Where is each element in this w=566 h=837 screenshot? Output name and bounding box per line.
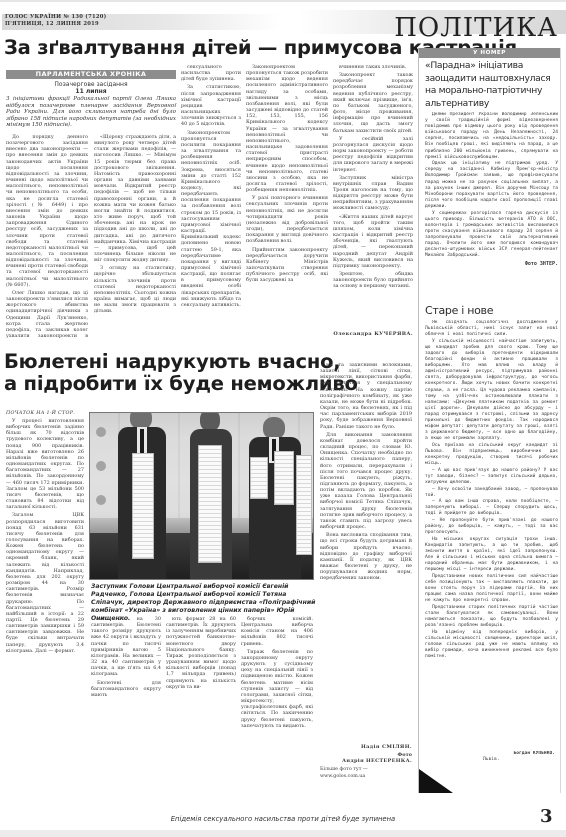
article1-byline-wrap: Олександра КУЧЕРЯВА. [333,327,413,337]
article1-column-1: До порядку денного позачергового засідан… [6,134,88,339]
paragraph: Тираж бюлетенів по закордонному округу д… [241,649,313,729]
continued-from-label: ПОЧАТОК НА 1-Й СТОР. [6,411,75,416]
paragraph: Вона висловила сподівання тим, що всі ст… [320,532,412,581]
paragraph: Бюлетені для багатомандатного округу маю… [91,680,161,698]
issue-date: П'ЯТНИЦЯ, 12 ЛИПНЯ 2019 [2,21,280,28]
paragraph: Заступник міністра внутрішніх справ Вади… [333,175,413,212]
paragraph: Олег Ляшко нагадав, що ці законопроекти … [6,290,88,339]
paragraph: сексуального насильства проти дітей буде… [181,64,241,82]
issue-number: ГОЛОС УКРАЇНИ № 130 (7120) [2,14,280,21]
paragraph: — А що вас прив'язує до нашого району? У… [425,468,558,486]
sidebar-city: Львів. [479,757,555,763]
article2-headline-line2: а підробити їх буде неможливо [4,373,358,395]
article1-column-4: Законопроектом пропонується також розроб… [246,64,328,339]
paragraph: Днями Президент України Володимир Зеленс… [425,112,558,161]
paragraph: У разі повторного вчинення сексуальних з… [246,195,328,244]
press-photo-ballots [89,412,314,580]
ballot-sheet [250,457,268,499]
rubric-parliament-chronicle: ПАРЛАМЕНТСЬКА ХРОНІКА [6,70,176,79]
paragraph: — Хочу освоїти занедбаний завод, — пропо… [425,487,558,499]
more-photos-link[interactable]: Більше фото тут — www.golos.com.ua [320,767,380,779]
paragraph: На відміну від попередніх виборів, у сіл… [425,630,558,660]
paragraph: У соцмережах розгорілася гаряча дискусія… [425,211,558,260]
article2-column-b2: ють формат 28 на 60 сантиметрів. Їх друк… [166,616,236,793]
article2-column-right: ми та захисними волокнами, захисні лінії… [320,362,412,742]
article1-lead: З ініціативи фракції Радикальної партії … [6,96,176,129]
ballot-sheet [274,451,294,505]
paragraph: Представники нових політичних сил найчас… [425,574,558,604]
article2-headline-line1: Бюлетені надрукують вчасно, [4,351,358,373]
paragraph: До порядку денного позачергового засідан… [6,134,88,288]
bottom-rule [0,830,566,837]
paragraph: мат 20 на 30 сантиметрів. Бюлетені таког… [91,616,161,678]
ballot-sheet [132,453,154,559]
masthead: ГОЛОС УКРАЇНИ № 130 (7120) П'ЯТНИЦЯ, 12 … [2,14,280,30]
paragraph: Прийняттям законопроекту передбачається … [246,247,328,284]
paragraph: У процесі виготовлення виборчих бюлетені… [6,418,84,510]
paragraph: Загалом ЦВК розпорядилася виготовити пон… [6,512,84,654]
sidebar-label: У НОМЕР [419,48,560,58]
article1-column-2: «Щороку страждають діти, а минулого року… [94,134,176,339]
paragraph: Для виконання замовлення комбінат довело… [320,432,412,531]
sidebar-photo-credit: Фото ЗНТЕР. [425,261,558,267]
paragraph: борчих комісій. Центральна виборча коміс… [241,616,313,647]
newspaper-page: ГОЛОС УКРАЇНИ № 130 (7120) П'ЯТНИЦЯ, 12 … [0,0,566,837]
paragraph: У сільській місцевості найчастіше запиту… [425,339,558,443]
article2-column-b1: мат 20 на 30 сантиметрів. Бюлетені таког… [91,616,161,793]
sidebar-byline: Богдан КУПЕНКО. Львів. [479,751,555,771]
top-rule [0,0,566,2]
sidebar-headline: «Парадна» ініціатива заощадити наштовхну… [425,60,559,110]
page-number: 3 [540,806,553,827]
article2-headline: Бюлетені надрукують вчасно, а підробити … [4,351,358,395]
sidebar-subhead: Старе і нове [425,304,493,317]
paragraph: вчинення таких злочинів. [333,64,413,70]
ballot-sheet [198,445,222,563]
paragraph: ють формат 28 на 60 сантиметрів. Їх друк… [166,616,236,690]
sidebar-in-issue: У НОМЕР «Парадна» ініціатива заощадити н… [418,48,561,793]
footer-tagline: Епідемія сексуального насильства проти д… [0,815,566,823]
paragraph: Представники старих політичних партій ча… [425,605,558,629]
backdrop-logo-icon [96,427,106,437]
paragraph: Законопроект також передбачає порядок ро… [333,72,413,134]
paragraph: Зрештою, обидва законопроекти було прийн… [333,271,413,289]
paragraph: ми та захисними волокнами, захисні лінії… [320,362,412,430]
paragraph: — Не пропонуйте бути прив'язані до нашог… [425,518,558,536]
session-date: 11 липня [6,88,176,95]
sidebar-article2-body: Як свідчать соціологічні дослідження у Л… [425,320,558,745]
paragraph: На міських округах ситуація трохи інша. … [425,537,558,574]
article2-column-left: У процесі виготовлення виборчих бюлетені… [6,418,84,793]
article2-column-b3: борчих комісій. Центральна виборча коміс… [241,616,313,793]
paragraph: Як свідчать соціологічні дослідження у Л… [425,320,558,338]
paragraph: З огляду на статистику, щорічно збільшує… [94,265,176,314]
photographer: Андрія НЕСТЕРЕНКА. [320,758,412,764]
session-label: Позачергове засідання [6,81,176,88]
article2-credits: Надія СМІЛЯН. Фото Андрія НЕСТЕРЕНКА. Бі… [320,744,412,794]
paragraph: У сесійній залі розгорнулася дискусія що… [333,136,413,173]
ballot-sheet [296,455,312,555]
paragraph: «Життя наших дітей вартує того, щоб прой… [333,214,413,269]
article1-column-5: вчинення таких злочинів. Законопроект та… [333,64,413,344]
paragraph: — А що вам інша справа, коли пообіцяєте,… [425,499,558,517]
article1-byline: Олександра КУЧЕРЯВА. [333,331,413,337]
article1-column-3: сексуального насильства проти дітей буде… [181,64,241,339]
paragraph: «Щороку страждають діти, а минулого року… [94,134,176,263]
backdrop-logo-icon [96,461,106,471]
sidebar-article-body: Днями Президент України Володимир Зеленс… [425,112,558,302]
backdrop-logo-icon [96,495,106,505]
paragraph: Однак цю ініціативу не підтримав уряд. У… [425,161,558,210]
section-header: ПОЛІТИКА [300,10,566,34]
paragraph: За статистикою, після запровадження хімі… [181,84,241,127]
paragraph: Ось приїхав на сільський округ кандидат … [425,443,558,467]
paragraph: Законопроектом пропонується посилити пок… [181,130,241,309]
corner-fold-decoration [419,769,453,793]
article2-byline: Надія СМІЛЯН. [320,744,412,750]
paragraph: Законопроектом пропонується також розроб… [246,64,328,193]
